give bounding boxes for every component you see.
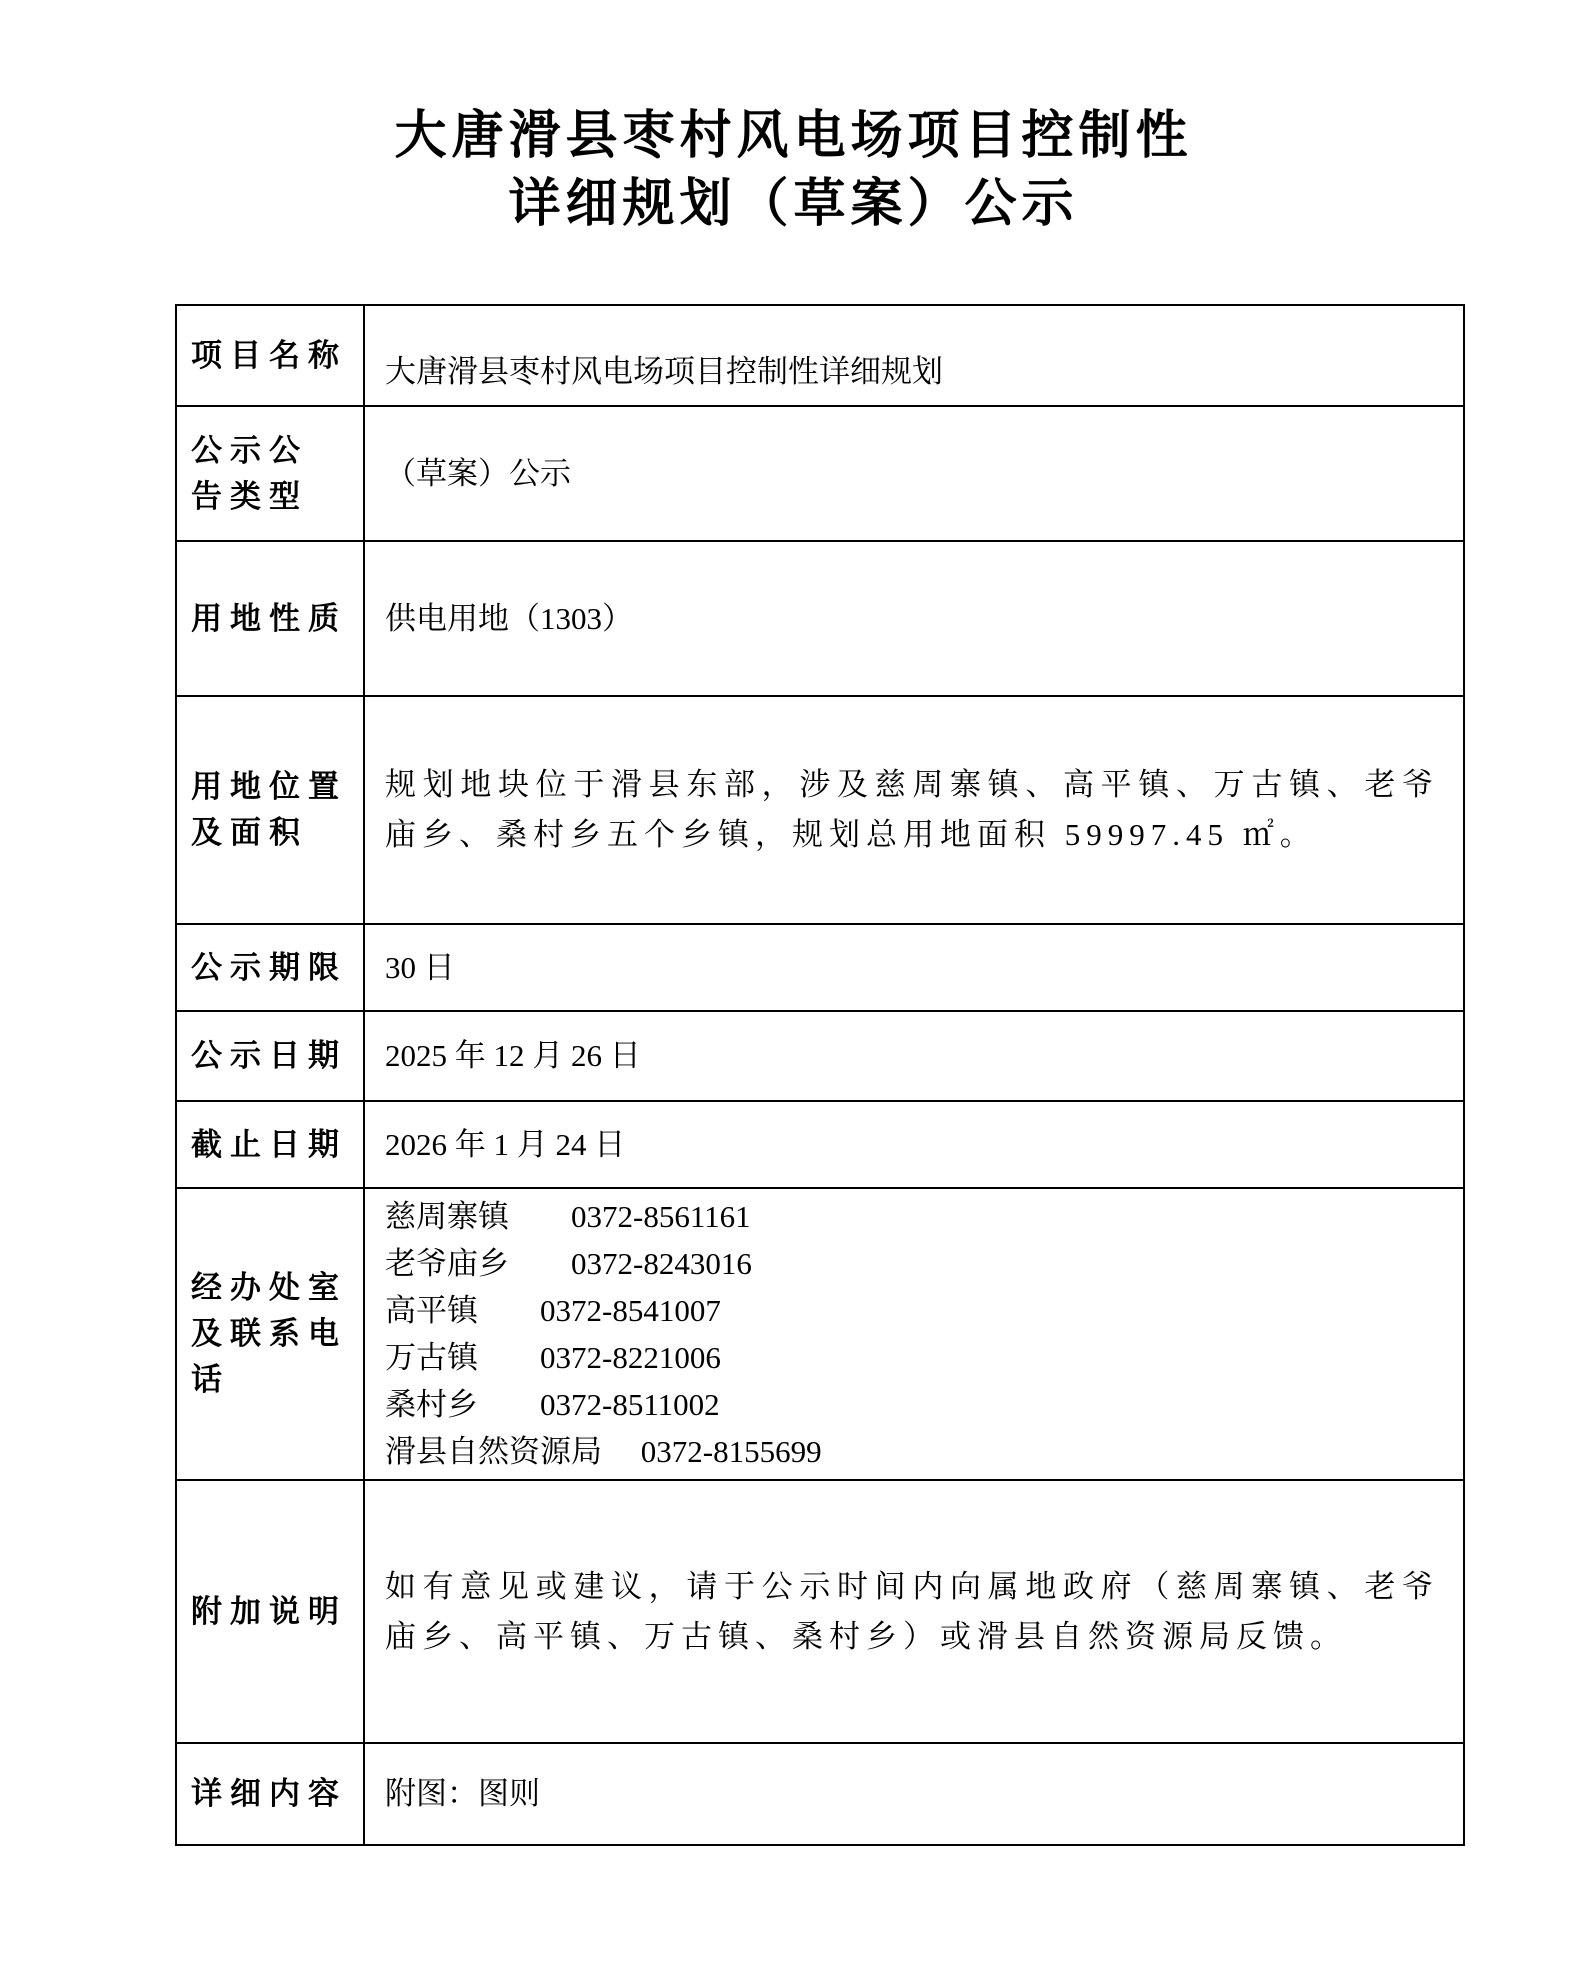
row-additional-notes: 附加说明 如有意见或建议，请于公示时间内向属地政府（慈周寨镇、老爷庙乡、高平镇、… bbox=[176, 1480, 1464, 1743]
document-title-line-2: 详细规划（草案）公示 bbox=[0, 170, 1587, 238]
notice-date-value: 2025 年 12 月 26 日 bbox=[364, 1011, 1464, 1101]
land-location-area-label: 用地位置 及面积 bbox=[176, 696, 364, 924]
notice-type-label: 公示公 告类型 bbox=[176, 406, 364, 541]
row-deadline-date: 截止日期 2026 年 1 月 24 日 bbox=[176, 1101, 1464, 1188]
contact-offices-label: 经办处室 及联系电 话 bbox=[176, 1188, 364, 1480]
contact-line-wangu: 万古镇 0372-8221006 bbox=[385, 1334, 1439, 1381]
detail-content-label: 详细内容 bbox=[176, 1743, 364, 1845]
contact-offices-value: 慈周寨镇 0372-8561161 老爷庙乡 0372-8243016 高平镇 … bbox=[364, 1188, 1464, 1480]
deadline-date-value: 2026 年 1 月 24 日 bbox=[364, 1101, 1464, 1188]
row-land-use-type: 用地性质 供电用地（1303） bbox=[176, 541, 1464, 696]
row-land-location-area: 用地位置 及面积 规划地块位于滑县东部，涉及慈周寨镇、高平镇、万古镇、老爷庙乡、… bbox=[176, 696, 1464, 924]
row-notice-date: 公示日期 2025 年 12 月 26 日 bbox=[176, 1011, 1464, 1101]
land-use-type-value: 供电用地（1303） bbox=[364, 541, 1464, 696]
project-name-label: 项目名称 bbox=[176, 305, 364, 406]
deadline-date-label: 截止日期 bbox=[176, 1101, 364, 1188]
document-title-line-1: 大唐滑县枣村风电场项目控制性 bbox=[0, 102, 1587, 170]
land-location-area-value: 规划地块位于滑县东部，涉及慈周寨镇、高平镇、万古镇、老爷庙乡、桑村乡五个乡镇，规… bbox=[364, 696, 1464, 924]
contact-line-cizhouzhai: 慈周寨镇 0372-8561161 bbox=[385, 1193, 1439, 1240]
row-contact-offices: 经办处室 及联系电 话 慈周寨镇 0372-8561161 老爷庙乡 0372-… bbox=[176, 1188, 1464, 1480]
notice-table: 项目名称 大唐滑县枣村风电场项目控制性详细规划 公示公 告类型 （草案）公示 用… bbox=[175, 304, 1465, 1846]
contact-line-gaoping: 高平镇 0372-8541007 bbox=[385, 1287, 1439, 1334]
project-name-value: 大唐滑县枣村风电场项目控制性详细规划 bbox=[364, 305, 1464, 406]
document-title: 大唐滑县枣村风电场项目控制性 详细规划（草案）公示 bbox=[0, 102, 1587, 238]
notice-document-page: 大唐滑县枣村风电场项目控制性 详细规划（草案）公示 项目名称 大唐滑县枣村风电场… bbox=[0, 0, 1587, 1962]
row-detail-content: 详细内容 附图：图则 bbox=[176, 1743, 1464, 1845]
notice-date-label: 公示日期 bbox=[176, 1011, 364, 1101]
row-notice-type: 公示公 告类型 （草案）公示 bbox=[176, 406, 1464, 541]
row-project-name: 项目名称 大唐滑县枣村风电场项目控制性详细规划 bbox=[176, 305, 1464, 406]
contact-line-laoyemiao: 老爷庙乡 0372-8243016 bbox=[385, 1240, 1439, 1287]
additional-notes-label: 附加说明 bbox=[176, 1480, 364, 1743]
notice-period-value: 30 日 bbox=[364, 924, 1464, 1011]
additional-notes-value: 如有意见或建议，请于公示时间内向属地政府（慈周寨镇、老爷庙乡、高平镇、万古镇、桑… bbox=[364, 1480, 1464, 1743]
land-use-type-label: 用地性质 bbox=[176, 541, 364, 696]
notice-type-value: （草案）公示 bbox=[364, 406, 1464, 541]
notice-period-label: 公示期限 bbox=[176, 924, 364, 1011]
contact-line-sangcun: 桑村乡 0372-8511002 bbox=[385, 1381, 1439, 1428]
detail-content-value: 附图：图则 bbox=[364, 1743, 1464, 1845]
contact-line-natural-resources-bureau: 滑县自然资源局 0372-8155699 bbox=[385, 1428, 1439, 1475]
row-notice-period: 公示期限 30 日 bbox=[176, 924, 1464, 1011]
